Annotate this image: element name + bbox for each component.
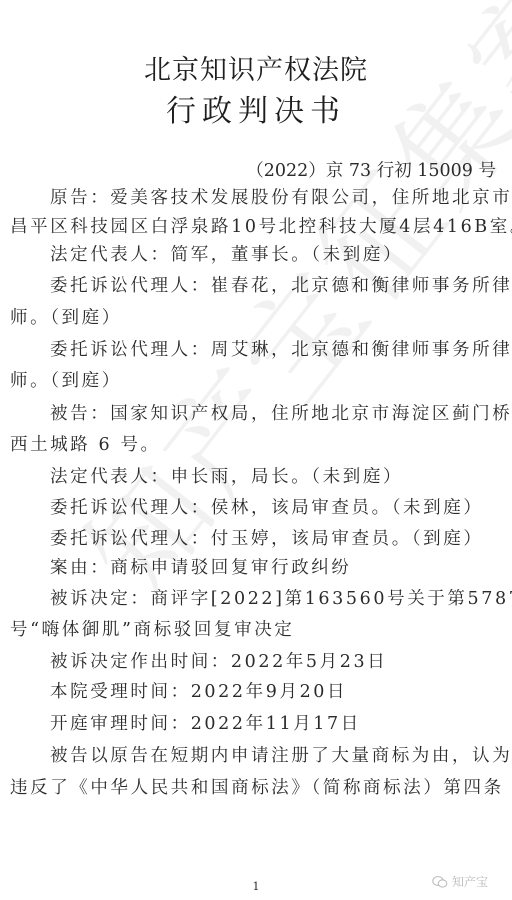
- document-line: 开庭审理时间：2022年11月17日: [0, 710, 512, 735]
- document-line: 法定代表人：简军，董事长。（未到庭）: [0, 241, 512, 266]
- court-name: 北京知识产权法院: [0, 48, 512, 87]
- document-line: 委托诉讼代理人：崔春花，北京德和衡律师事务所律: [0, 272, 512, 297]
- document-line: 案由：商标申请驳回复审行政纠纷: [0, 554, 512, 579]
- document-line: 委托诉讼代理人：侯林，该局审查员。（未到庭）: [0, 494, 512, 519]
- document-line: 被告以原告在短期内申请注册了大量商标为由，认为: [0, 742, 512, 767]
- document-line: 违反了《中华人民共和国商标法》（简称商标法）第四条: [0, 774, 512, 799]
- source-logo: 知产宝: [432, 873, 488, 890]
- document-line: 西土城路 6 号。: [0, 431, 512, 456]
- document-line: 原告：爱美客技术发展股份有限公司，住所地北京市: [0, 184, 512, 209]
- logo-label: 知产宝: [452, 873, 488, 890]
- document-line: 被诉决定：商评字[2022]第163560号关于第57876806: [0, 585, 512, 610]
- document-line: 师。（到庭）: [0, 367, 512, 392]
- document-line: 师。（到庭）: [0, 304, 512, 329]
- document-line: 被诉决定作出时间：2022年5月23日: [0, 648, 512, 673]
- document-line: 委托诉讼代理人：周艾琳，北京德和衡律师事务所律: [0, 336, 512, 361]
- document-line: 委托诉讼代理人：付玉婷，该局审查员。（到庭）: [0, 525, 512, 550]
- document-type: 行政判决书: [0, 86, 512, 130]
- document-line: 昌平区科技园区白浮泉路10号北控科技大厦4层416B室。: [0, 213, 512, 238]
- wechat-icon: [432, 875, 448, 889]
- document-line: 法定代表人：申长雨，局长。（未到庭）: [0, 463, 512, 488]
- document-line: 号“嗨体御肌”商标驳回复审决定: [0, 616, 512, 641]
- document-line: 本院受理时间：2022年9月20日: [0, 678, 512, 703]
- document-line: 被告：国家知识产权局，住所地北京市海淀区蓟门桥: [0, 400, 512, 425]
- case-number: （2022）京 73 行初 15009 号: [246, 157, 496, 182]
